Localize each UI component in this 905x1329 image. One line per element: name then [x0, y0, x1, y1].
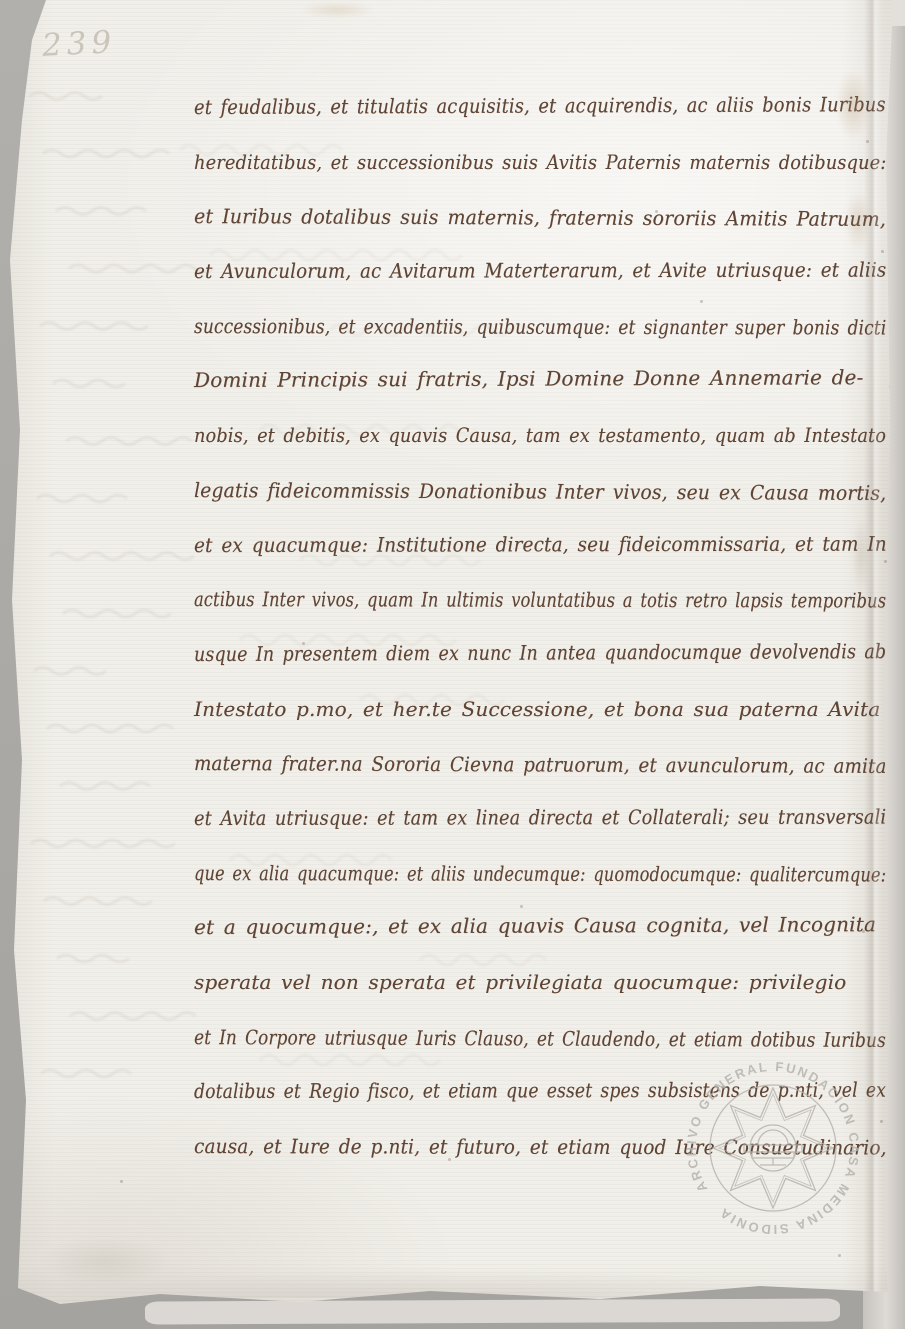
showthrough-mark — [37, 495, 127, 502]
paper-fold-crease — [864, 0, 882, 1295]
watermark-star-icon — [710, 1085, 836, 1211]
showthrough-mark — [30, 93, 102, 100]
manuscript-text-block: et feudalibus, et titulatis acquisitis, … — [194, 80, 888, 1174]
manuscript-line: et Iuribus dotalibus suis maternis, frat… — [194, 189, 849, 246]
folio-number: 239 — [41, 24, 117, 64]
showthrough-mark — [60, 783, 150, 790]
showthrough-mark — [40, 323, 148, 330]
showthrough-mark — [56, 208, 146, 215]
paper-wrinkle-shadow — [20, 1256, 880, 1298]
foxing-speck — [120, 1180, 123, 1183]
manuscript-line: et Avita utriusque: et tam ex linea dire… — [194, 790, 806, 846]
foxing-speck — [448, 1158, 451, 1161]
scanner-background: 239 et feudalibus, et titulatis acquisit… — [0, 0, 905, 1329]
foxing-speck — [838, 1254, 841, 1257]
showthrough-mark — [41, 1070, 131, 1077]
manuscript-line: hereditatibus, et successionibus suis Av… — [194, 135, 808, 190]
showthrough-mark — [69, 265, 213, 272]
showthrough-mark — [31, 840, 175, 847]
showthrough-mark — [43, 150, 169, 157]
foxing-speck — [884, 560, 887, 563]
showthrough-mark — [63, 610, 171, 617]
showthrough-mark — [47, 725, 173, 732]
foxing-speck — [520, 905, 523, 908]
foxing-speck — [866, 140, 869, 143]
manuscript-line: Domini Principis sui fratris, Ipsi Domin… — [194, 351, 886, 409]
showthrough-mark — [57, 955, 129, 962]
showthrough-mark — [53, 380, 125, 387]
foxing-speck — [302, 642, 305, 645]
manuscript-line: que ex alia quacumque: et aliis undecumq… — [194, 846, 753, 902]
foxing-speck — [655, 210, 658, 213]
foxing-speck — [862, 930, 865, 933]
showthrough-mark — [44, 898, 152, 905]
showthrough-mark — [66, 438, 192, 445]
archive-watermark: ARCHIVO GENERAL FUNDACION CASA MEDINA SI… — [686, 1061, 860, 1235]
manuscript-line: et ex quacumque: Institutione directa, s… — [194, 516, 831, 572]
manuscript-line: usque In presentem diem ex nunc In antea… — [194, 624, 797, 681]
showthrough-mark — [70, 1013, 196, 1020]
manuscript-page: 239 et feudalibus, et titulatis acquisit… — [0, 0, 905, 1329]
manuscript-line: et feudalibus, et titulatis acquisitis, … — [194, 77, 810, 134]
manuscript-line: legatis fideicommissis Donationibus Inte… — [194, 463, 843, 520]
foxing-speck — [880, 1120, 883, 1123]
manuscript-line: sperata vel non sperata et privilegiata … — [194, 955, 886, 1010]
manuscript-line: materna frater.na Sororia Cievna patruor… — [194, 736, 826, 793]
showthrough-mark — [34, 668, 106, 675]
foxing-speck — [881, 250, 884, 253]
manuscript-line: et a quocumque:, et ex alia quavis Causa… — [194, 897, 886, 955]
showthrough-mark — [50, 553, 194, 560]
manuscript-line: Intestato p.mo, et her.te Successione, e… — [194, 682, 886, 737]
paper-stain — [300, 2, 374, 18]
manuscript-line: nobis, et debitis, ex quavis Causa, tam … — [194, 408, 806, 463]
underlying-page-edge-bottom — [145, 1298, 840, 1324]
manuscript-line: successionibus, et excadentiis, quibuscu… — [194, 299, 782, 355]
manuscript-line: et In Corpore utriusque Iuris Clauso, et… — [194, 1010, 779, 1067]
manuscript-line: actibus Inter vivos, quam In ultimis vol… — [194, 572, 756, 628]
foxing-speck — [700, 300, 703, 303]
manuscript-line: et Avunculorum, ac Avitarum Materterarum… — [194, 243, 824, 299]
